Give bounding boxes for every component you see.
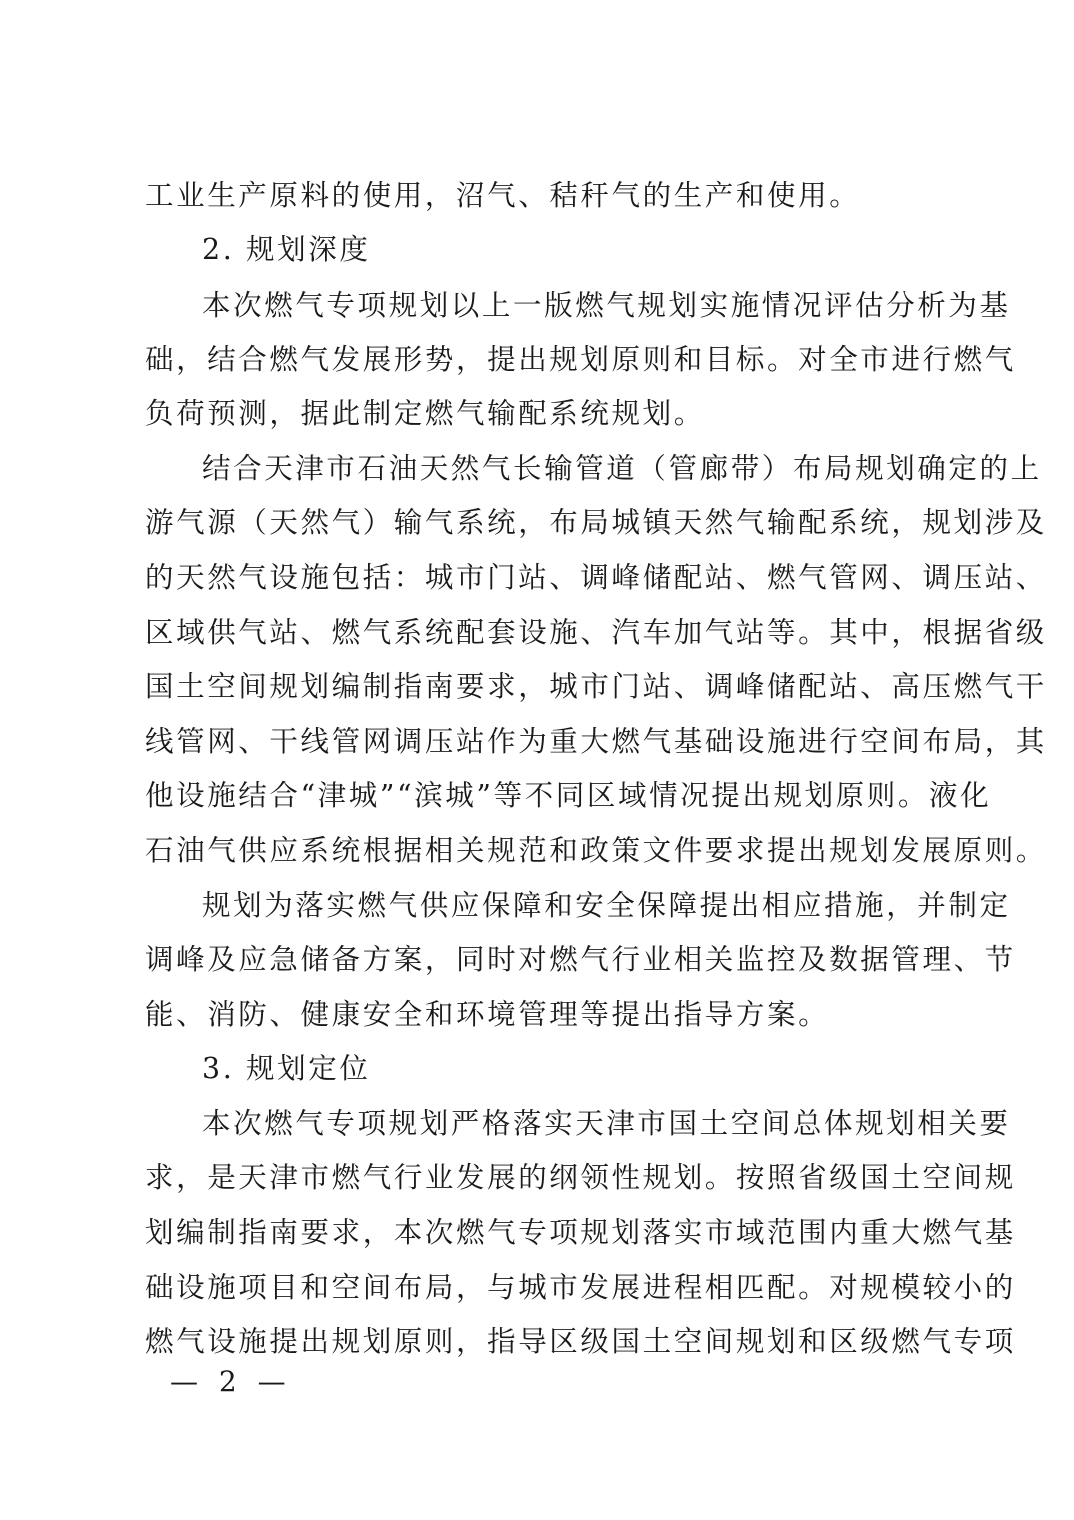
section-heading: 2. 规划深度 <box>202 230 945 270</box>
section-heading: 3. 规划定位 <box>202 1049 945 1089</box>
text-line: 本次燃气专项规划严格落实天津市国土空间总体规划相关要 <box>202 1104 945 1144</box>
text-line: 石油气供应系统根据相关规范和政策文件要求提出规划发展原则。 <box>145 831 945 871</box>
document-page: 工业生产原料的使用，沼气、秸秆气的生产和使用。2. 规划深度本次燃气专项规划以上… <box>0 0 1074 1520</box>
text-line: 调峰及应急储备方案，同时对燃气行业相关监控及数据管理、节 <box>145 940 945 980</box>
text-line: 国土空间规划编制指南要求，城市门站、调峰储配站、高压燃气干 <box>145 667 945 707</box>
text-line: 本次燃气专项规划以上一版燃气规划实施情况评估分析为基 <box>202 286 945 326</box>
text-line: 结合天津市石油天然气长输管道（管廊带）布局规划确定的上 <box>202 449 945 489</box>
text-line: 负荷预测，据此制定燃气输配系统规划。 <box>145 394 945 434</box>
text-line: 求，是天津市燃气行业发展的纲领性规划。按照省级国土空间规 <box>145 1158 945 1198</box>
text-line: 规划为落实燃气供应保障和安全保障提出相应措施，并制定 <box>202 886 945 926</box>
text-line: 础，结合燃气发展形势，提出规划原则和目标。对全市进行燃气 <box>145 340 945 380</box>
text-line: 工业生产原料的使用，沼气、秸秆气的生产和使用。 <box>145 176 945 216</box>
text-line: 的天然气设施包括：城市门站、调峰储配站、燃气管网、调压站、 <box>145 558 945 598</box>
text-line: 燃气设施提出规划原则，指导区级国土空间规划和区级燃气专项 <box>145 1322 945 1362</box>
text-line: 游气源（天然气）输气系统，布局城镇天然气输配系统，规划涉及 <box>145 503 945 543</box>
text-line: 他设施结合“津城”“滨城”等不同区域情况提出规划原则。液化 <box>145 776 945 816</box>
text-line: 能、消防、健康安全和环境管理等提出指导方案。 <box>145 995 945 1035</box>
text-line: 线管网、干线管网调压站作为重大燃气基础设施进行空间布局，其 <box>145 722 945 762</box>
text-line: 础设施项目和空间布局，与城市发展进程相匹配。对规模较小的 <box>145 1268 945 1308</box>
text-line: 划编制指南要求，本次燃气专项规划落实市域范围内重大燃气基 <box>145 1213 945 1253</box>
page-number: — 2 — <box>170 1362 292 1402</box>
text-line: 区域供气站、燃气系统配套设施、汽车加气站等。其中，根据省级 <box>145 613 945 653</box>
